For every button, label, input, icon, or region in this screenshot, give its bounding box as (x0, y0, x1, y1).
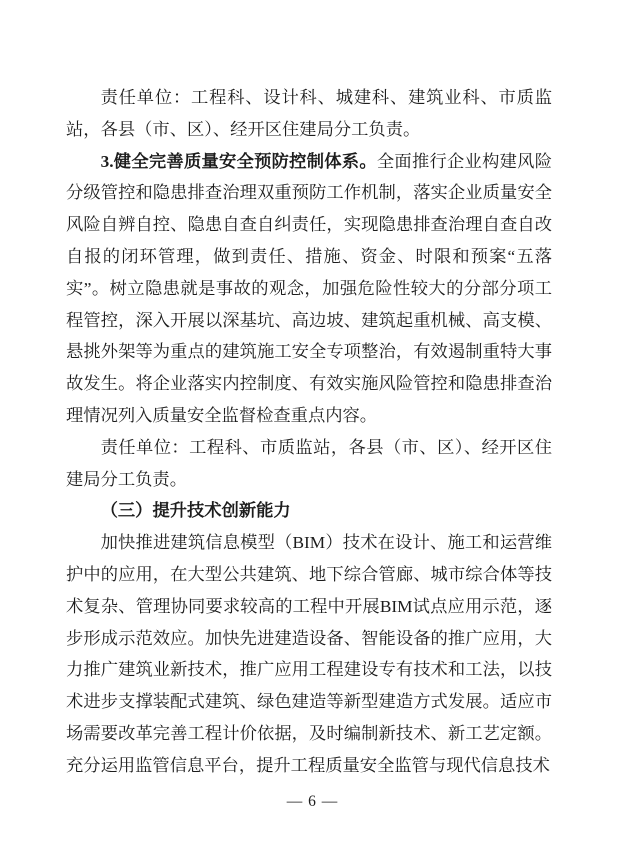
paragraph-bold-lead: （三）提升技术创新能力 (101, 501, 291, 520)
document-body: 责任单位：工程科、设计科、城建科、建筑业科、市质监站，各县（市、区）、经开区住建… (66, 82, 552, 782)
body-paragraph: 加快推进建筑信息模型（BIM）技术在设计、施工和运营维护中的应用，在大型公共建筑… (66, 527, 552, 781)
body-paragraph: 责任单位：工程科、设计科、城建科、建筑业科、市质监站，各县（市、区）、经开区住建… (66, 82, 552, 146)
body-paragraph: 责任单位：工程科、市质监站，各县（市、区）、经开区住建局分工负责。 (66, 432, 552, 496)
document-page: 责任单位：工程科、设计科、城建科、建筑业科、市质监站，各县（市、区）、经开区住建… (0, 0, 625, 848)
section-heading: （三）提升技术创新能力 (66, 495, 552, 527)
paragraph-text: 责任单位：工程科、市质监站，各县（市、区）、经开区住建局分工负责。 (66, 438, 552, 489)
paragraph-bold-lead: 3.健全完善质量安全预防控制体系。 (101, 152, 377, 171)
paragraph-text: 责任单位：工程科、设计科、城建科、建筑业科、市质监站，各县（市、区）、经开区住建… (66, 88, 552, 139)
body-paragraph: 3.健全完善质量安全预防控制体系。全面推行企业构建风险分级管控和隐患排查治理双重… (66, 146, 552, 432)
paragraph-text: 加快推进建筑信息模型（BIM）技术在设计、施工和运营维护中的应用，在大型公共建筑… (66, 533, 552, 775)
paragraph-text: 全面推行企业构建风险分级管控和隐患排查治理双重预防工作机制，落实企业质量安全风险… (66, 152, 552, 425)
page-number: — 6 — (0, 792, 625, 812)
